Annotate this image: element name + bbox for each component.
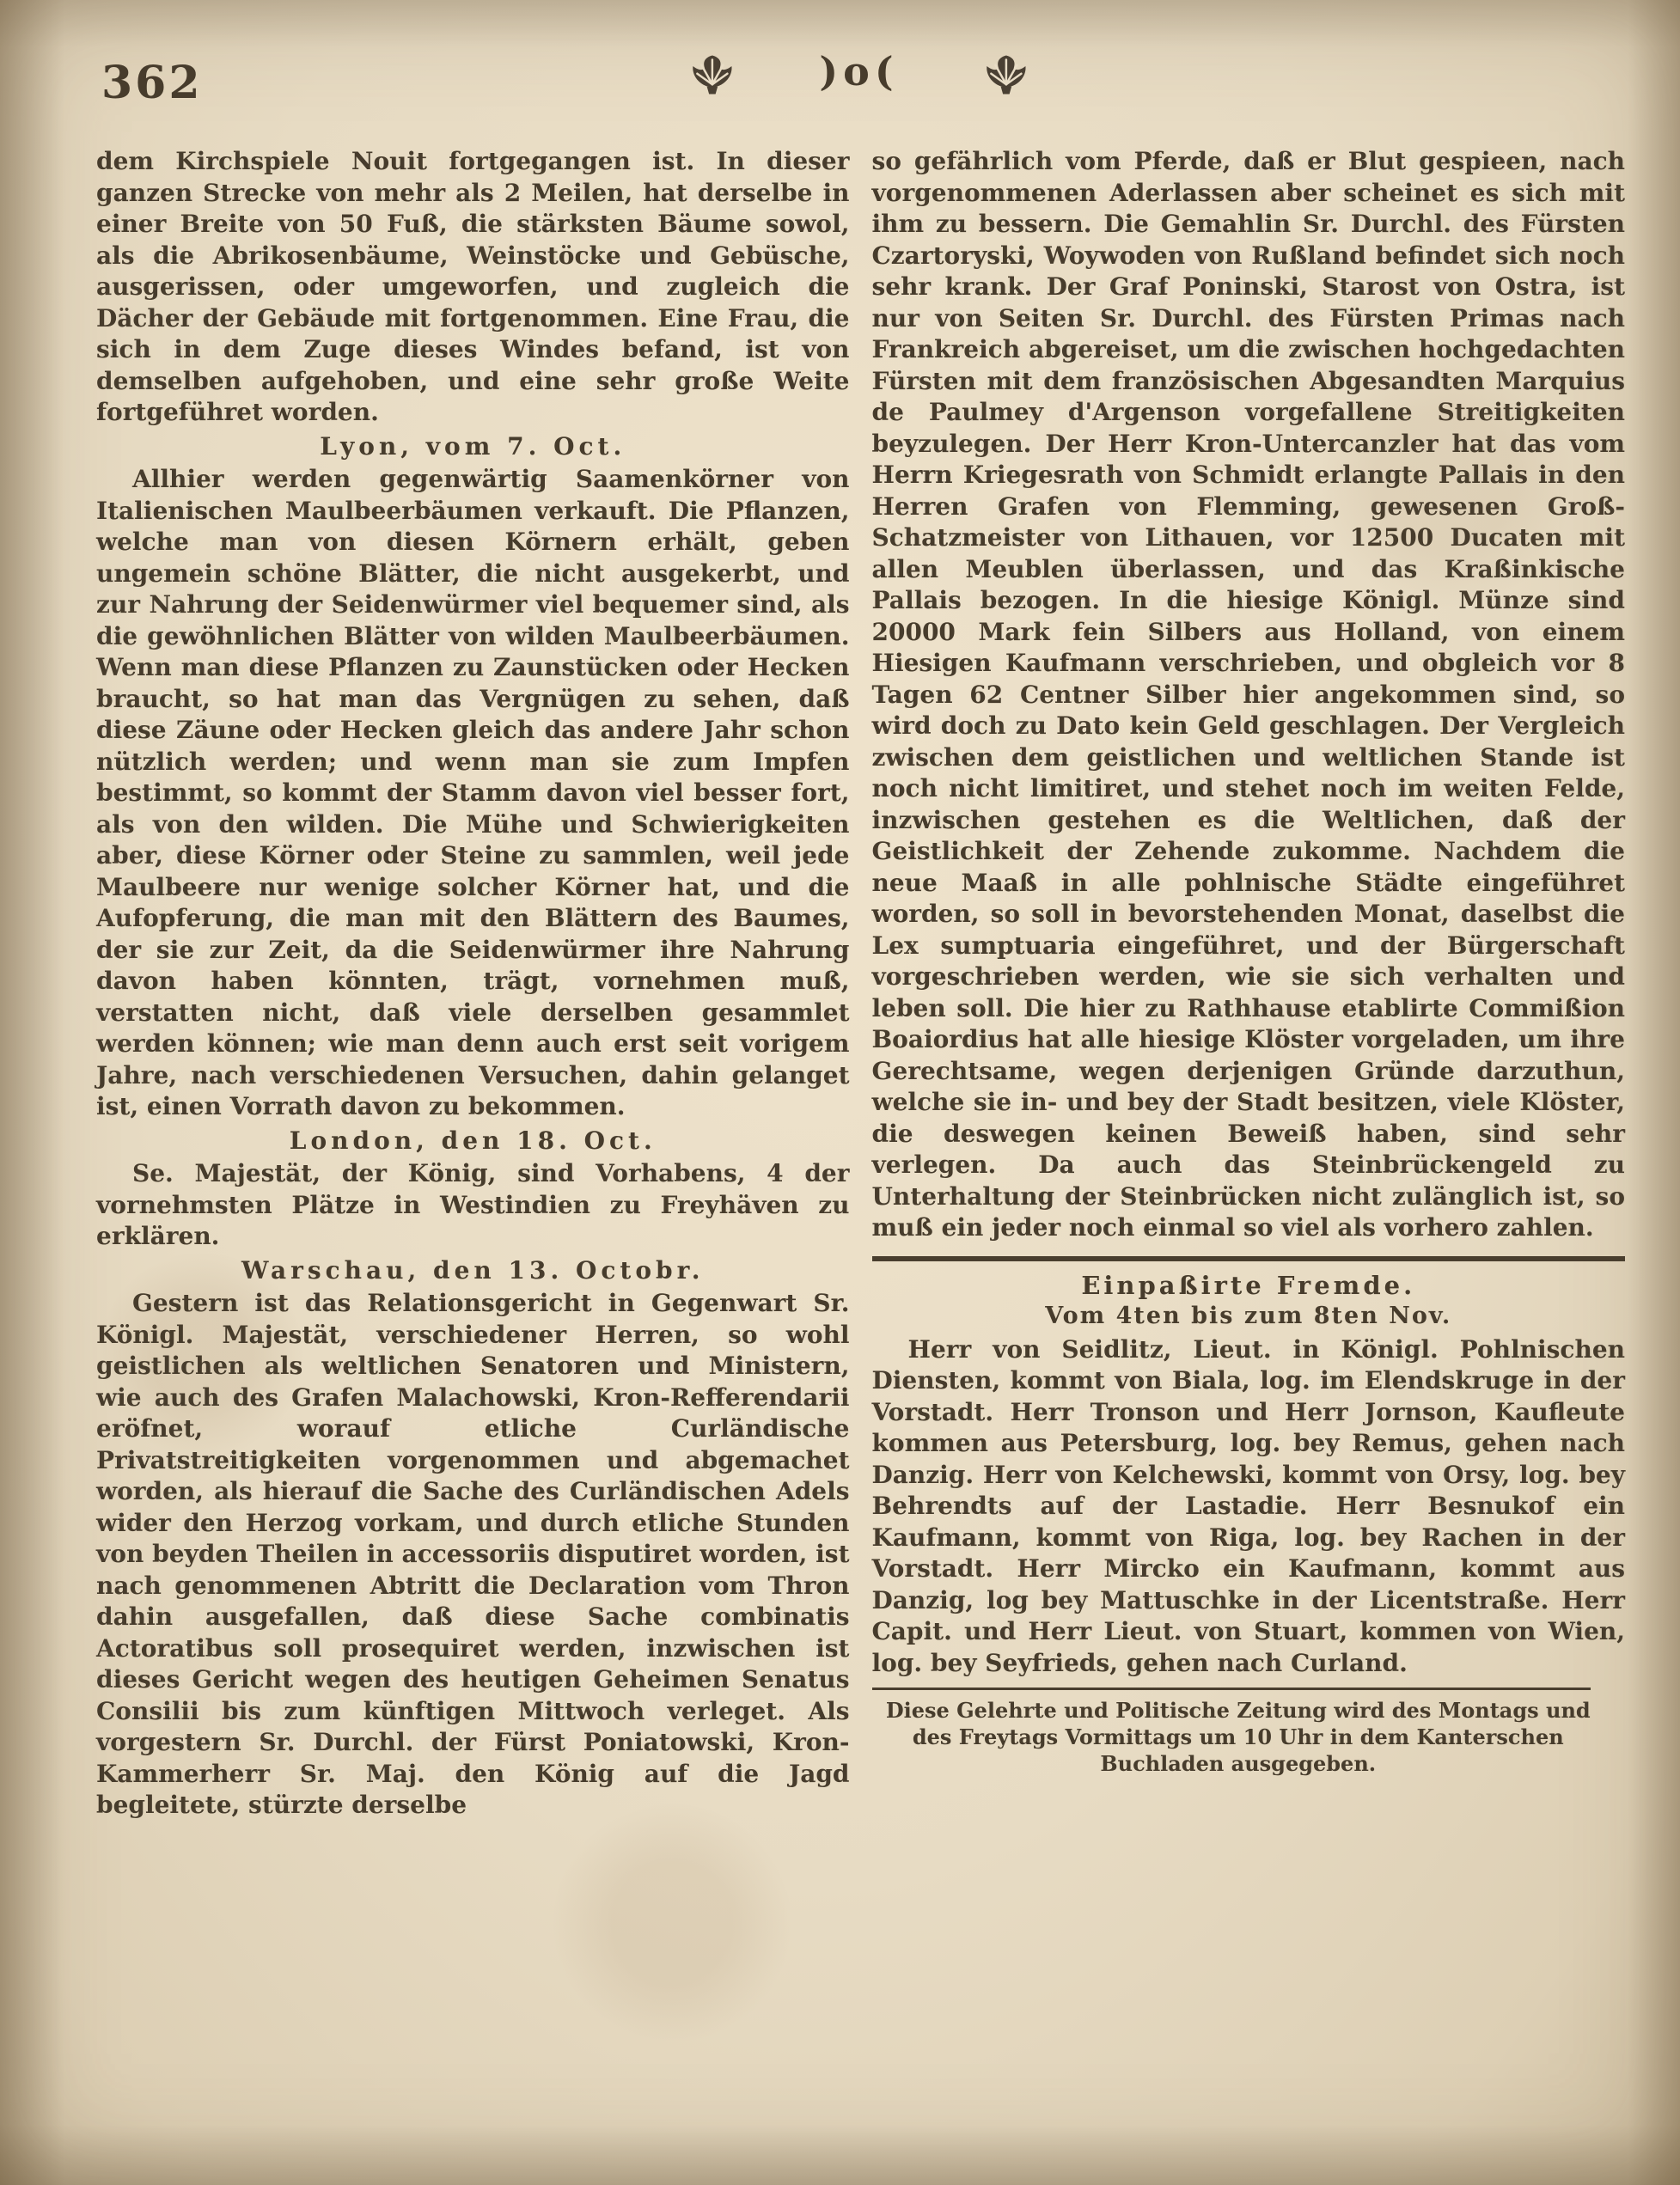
fremde-date-range: Vom 4ten bis zum 8ten Nov.	[872, 1301, 1626, 1333]
dateline-london: London, den 18. Oct.	[96, 1126, 850, 1157]
page-number: 362	[101, 57, 203, 109]
fremde-heading: Einpaßirte Fremde.	[872, 1270, 1626, 1302]
footer-divider	[872, 1688, 1591, 1690]
lyon-article: Allhier werden gegenwärtig Saamenkörner …	[96, 464, 850, 1123]
dateline-lyon: Lyon, vom 7. Oct.	[96, 431, 850, 463]
header-ornaments: )o(	[687, 52, 1030, 98]
page-body: dem Kirchspiele Nouit fortgegangen ist. …	[96, 146, 1625, 1822]
london-article: Se. Majestät, der König, sind Vorhabens,…	[96, 1158, 850, 1253]
section-divider	[872, 1256, 1626, 1261]
newspaper-page: 362 )o(	[0, 0, 1680, 2185]
dateline-warschau: Warschau, den 13. Octobr.	[96, 1255, 850, 1287]
page-header: 362 )o(	[0, 48, 1680, 148]
right-column: so gefährlich vom Pferde, daß er Blut ge…	[872, 146, 1626, 1822]
warschau-article: Gestern ist das Relationsgericht in Gege…	[96, 1288, 850, 1822]
center-ornament: )o(	[819, 48, 898, 95]
storm-article-continuation: dem Kirchspiele Nouit fortgegangen ist. …	[96, 146, 850, 429]
scallop-shell-ornament-right-icon	[981, 53, 1031, 96]
warschau-article-continuation: so gefährlich vom Pferde, daß er Blut ge…	[872, 146, 1626, 1244]
left-column: dem Kirchspiele Nouit fortgegangen ist. …	[96, 146, 850, 1822]
scallop-shell-ornament-left-icon	[687, 53, 736, 96]
fremde-arrivals-list: Herr von Seidlitz, Lieut. in Königl. Poh…	[872, 1334, 1626, 1680]
publication-note: Diese Gelehrte und Politische Zeitung wi…	[872, 1697, 1626, 1777]
